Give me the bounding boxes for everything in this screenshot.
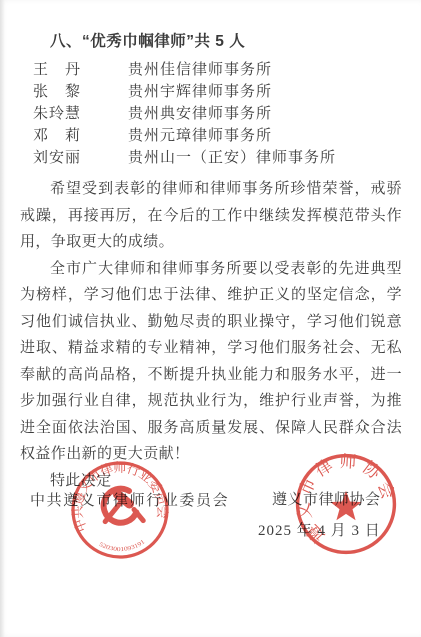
paragraph-hope: 希望受到表彰的律师和律师事务所珍惜荣誉，戒骄戒躁，再接再厉，在今后的工作中继续发…	[20, 176, 402, 256]
awardee-firm: 贵州典安律师事务所	[128, 103, 272, 125]
awardee-firm: 贵州山一（正安）律师事务所	[128, 147, 336, 169]
awardee-firm: 贵州元璋律师事务所	[128, 125, 272, 147]
awardee-row: 朱玲慧 贵州典安律师事务所	[33, 103, 402, 125]
awardee-row: 刘安丽 贵州山一（正安）律师事务所	[33, 147, 402, 169]
awardee-row: 张 黎 贵州宇辉律师事务所	[33, 81, 402, 103]
paragraph-callout: 全市广大律师和律师事务所要以受表彰的先进典型为榜样，学习他们忠于法律、维护正义的…	[20, 256, 402, 468]
awardee-name: 朱玲慧	[33, 103, 128, 125]
signature-right-org: 遵义市律师协会	[272, 488, 381, 509]
seal-serial-number: 5203001093191	[97, 537, 147, 556]
awardee-firm: 贵州佳信律师事务所	[128, 59, 272, 81]
awardee-name: 王 丹	[33, 59, 128, 81]
awardee-row: 王 丹 贵州佳信律师事务所	[33, 59, 402, 81]
section-heading: 八、“优秀巾帼律师”共 5 人	[50, 32, 402, 52]
document-body: 八、“优秀巾帼律师”共 5 人 王 丹 贵州佳信律师事务所 张 黎 贵州宇辉律师…	[0, 0, 421, 494]
awardee-firm: 贵州宇辉律师事务所	[128, 81, 272, 103]
awardee-name: 张 黎	[33, 81, 128, 103]
awardee-name: 邓 莉	[33, 125, 128, 147]
signature-left-org: 中共遵义市律师行业委员会	[30, 489, 229, 510]
awardee-list: 王 丹 贵州佳信律师事务所 张 黎 贵州宇辉律师事务所 朱玲慧 贵州典安律师事务…	[33, 59, 402, 169]
awardee-row: 邓 莉 贵州元璋律师事务所	[33, 125, 402, 147]
document-page: 八、“优秀巾帼律师”共 5 人 王 丹 贵州佳信律师事务所 张 黎 贵州宇辉律师…	[0, 0, 421, 637]
awardee-name: 刘安丽	[33, 147, 128, 169]
signature-date: 2025 年 4 月 3 日	[258, 519, 381, 540]
